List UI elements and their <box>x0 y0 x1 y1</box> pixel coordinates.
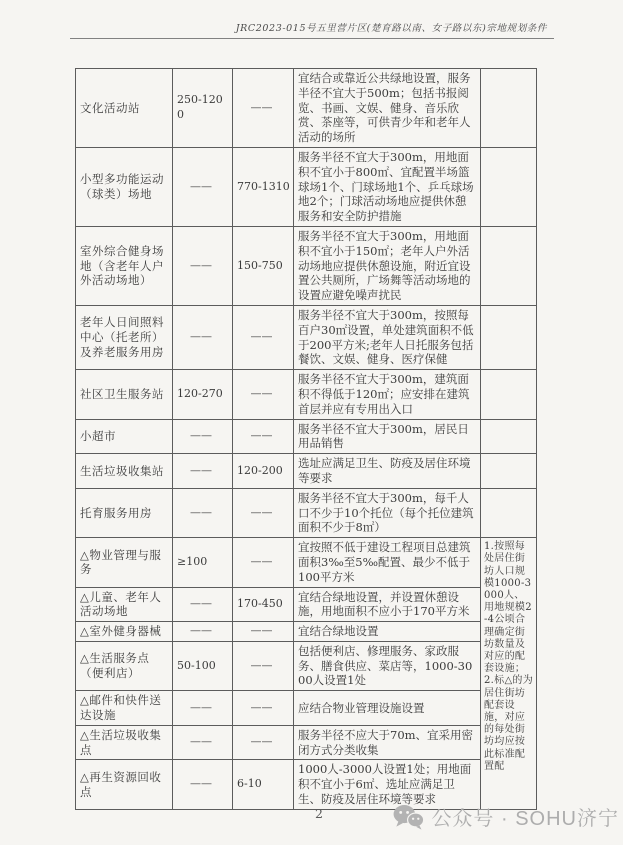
wechat-icon <box>393 804 424 830</box>
land-area-cell: 170-450 <box>233 587 294 622</box>
floor-area-cell: —— <box>173 147 233 226</box>
watermark: 公众号 · SOHU济宁 <box>393 802 619 831</box>
table-row: 小型多功能运动（球类）场地——770-1310服务半径不宜大于300m，用地面积… <box>76 147 537 226</box>
floor-area-cell: 50-100 <box>173 641 233 690</box>
land-area-cell: —— <box>233 622 294 642</box>
table-row: 社区卫生服务站120-270——服务半径不宜大于300m，建筑面积不得低于120… <box>76 370 537 419</box>
land-area-cell: —— <box>233 69 294 148</box>
land-area-cell: 6-10 <box>233 760 294 809</box>
note-cell-empty <box>481 226 537 305</box>
note-cell-empty <box>481 147 537 226</box>
requirements-cell: 包括便利店、修理服务、家政服务、膳食供应、菜店等，1000-3000人设置1处 <box>294 641 481 690</box>
table-row: △儿童、老年人活动场地——170-450宜结合绿地设置，并设置休憩设施，用地面积… <box>76 587 537 622</box>
table-row: 文化活动站250-1200——宜结合或靠近公共绿地设置，服务半径不宜大于500m… <box>76 69 537 148</box>
facility-name-cell: △生活服务点（便利店） <box>76 641 173 690</box>
land-area-cell: 150-750 <box>233 226 294 305</box>
header-divider <box>70 38 554 39</box>
land-area-cell: 770-1310 <box>233 147 294 226</box>
land-area-cell: —— <box>233 305 294 369</box>
note-cell-empty <box>481 454 537 489</box>
table-row: 室外综合健身场地（含老年人户外活动场地）——150-750服务半径不宜大于300… <box>76 226 537 305</box>
facility-name-cell: 老年人日间照料中心（托老所）及养老服务用房 <box>76 305 173 369</box>
floor-area-cell: —— <box>173 587 233 622</box>
floor-area-cell: —— <box>173 226 233 305</box>
facility-name-cell: △室外健身器械 <box>76 622 173 642</box>
floor-area-cell: —— <box>173 691 233 726</box>
facility-name-cell: △物业管理与服务 <box>76 538 173 587</box>
requirements-cell: 服务半径不宜大于300m，每千人口不少于10个托位（每个托位建筑面积不少于8㎡） <box>294 488 481 537</box>
watermark-text: 公众号 · SOHU济宁 <box>431 802 619 831</box>
facility-name-cell: △儿童、老年人活动场地 <box>76 587 173 622</box>
floor-area-cell: ≥100 <box>173 538 233 587</box>
table-row: △室外健身器械————宜结合绿地设置 <box>76 622 537 642</box>
requirements-cell: 服务半径不应大于70m、宜采用密闭方式分类收集 <box>294 725 481 760</box>
table-row: △生活垃圾收集点————服务半径不应大于70m、宜采用密闭方式分类收集 <box>76 725 537 760</box>
note-cell-empty <box>481 305 537 369</box>
table-row: 生活垃圾收集站——120-200选址应满足卫生、防疫及居住环境等要求 <box>76 454 537 489</box>
requirements-cell: 服务半径不宜大于300m，用地面积不宜小于800㎡、宜配置半场篮球场1个、门球场… <box>294 147 481 226</box>
requirements-cell: 服务半径不宜大于300m，居民日用品销售 <box>294 419 481 454</box>
facility-name-cell: △再生资源回收点 <box>76 760 173 809</box>
land-area-cell: —— <box>233 538 294 587</box>
requirements-cell: 应结合物业管理设施设置 <box>294 691 481 726</box>
floor-area-cell: —— <box>173 305 233 369</box>
page-number: 2 <box>315 806 323 821</box>
facility-name-cell: 文化活动站 <box>76 69 173 148</box>
floor-area-cell: —— <box>173 454 233 489</box>
land-area-cell: —— <box>233 370 294 419</box>
table-row: 小超市————服务半径不宜大于300m，居民日用品销售 <box>76 419 537 454</box>
requirements-cell: 服务半径不宜大于300m，按照每百户30㎡设置，单处建筑面积不低于200平方米;… <box>294 305 481 369</box>
facility-name-cell: 生活垃圾收集站 <box>76 454 173 489</box>
facility-name-cell: 小超市 <box>76 419 173 454</box>
facility-table: 文化活动站250-1200——宜结合或靠近公共绿地设置，服务半径不宜大于500m… <box>75 68 537 810</box>
table-row: △邮件和快件送达设施————应结合物业管理设施设置 <box>76 691 537 726</box>
table-row: 托育服务用房————服务半径不宜大于300m，每千人口不少于10个托位（每个托位… <box>76 488 537 537</box>
note-cell-empty <box>481 419 537 454</box>
document-header-title: JRC2023-015号五里营片区(楚育路以南、女子路以东)宗地规划条件 <box>236 20 547 34</box>
land-area-cell: 120-200 <box>233 454 294 489</box>
land-area-cell: —— <box>233 725 294 760</box>
table-row: △物业管理与服务≥100——宜按照不低于建设工程项目总建筑面积3‰至5‰配置、最… <box>76 538 537 587</box>
floor-area-cell: —— <box>173 488 233 537</box>
land-area-cell: —— <box>233 488 294 537</box>
note-cell-empty <box>481 69 537 148</box>
note-cell-empty <box>481 488 537 537</box>
requirements-cell: 服务半径不宜大于300m，建筑面积不得低于120㎡；应安排在建筑首层并应有专用出… <box>294 370 481 419</box>
facility-name-cell: 托育服务用房 <box>76 488 173 537</box>
requirements-cell: 宜按照不低于建设工程项目总建筑面积3‰至5‰配置、最少不低于100平方米 <box>294 538 481 587</box>
requirements-cell: 宜结合绿地设置，并设置休憩设施，用地面积不应小于170平方米 <box>294 587 481 622</box>
requirements-cell: 选址应满足卫生、防疫及居住环境等要求 <box>294 454 481 489</box>
facility-name-cell: △邮件和快件送达设施 <box>76 691 173 726</box>
table-row: 老年人日间照料中心（托老所）及养老服务用房————服务半径不宜大于300m，按照… <box>76 305 537 369</box>
floor-area-cell: —— <box>173 622 233 642</box>
table-row: △生活服务点（便利店）50-100——包括便利店、修理服务、家政服务、膳食供应、… <box>76 641 537 690</box>
note-cell-empty <box>481 370 537 419</box>
facility-name-cell: 小型多功能运动（球类）场地 <box>76 147 173 226</box>
floor-area-cell: 120-270 <box>173 370 233 419</box>
floor-area-cell: 250-1200 <box>173 69 233 148</box>
facility-table-body: 文化活动站250-1200——宜结合或靠近公共绿地设置，服务半径不宜大于500m… <box>76 69 537 810</box>
facility-name-cell: 社区卫生服务站 <box>76 370 173 419</box>
floor-area-cell: —— <box>173 760 233 809</box>
land-area-cell: —— <box>233 691 294 726</box>
requirements-cell: 宜结合或靠近公共绿地设置，服务半径不宜大于500m；包括书报阅览、书画、文娱、健… <box>294 69 481 148</box>
floor-area-cell: —— <box>173 419 233 454</box>
land-area-cell: —— <box>233 419 294 454</box>
facility-name-cell: 室外综合健身场地（含老年人户外活动场地） <box>76 226 173 305</box>
requirements-cell: 宜结合绿地设置 <box>294 622 481 642</box>
facility-name-cell: △生活垃圾收集点 <box>76 725 173 760</box>
floor-area-cell: —— <box>173 725 233 760</box>
requirements-cell: 服务半径不宜大于300m，用地面积不宜小于150㎡；老年人户外活动场地应提供休憩… <box>294 226 481 305</box>
land-area-cell: —— <box>233 641 294 690</box>
notes-cell: 1.按照每处居住街坊人口规模1000-3000人、用地规模2-4公顷合理确定街坊… <box>481 538 537 810</box>
